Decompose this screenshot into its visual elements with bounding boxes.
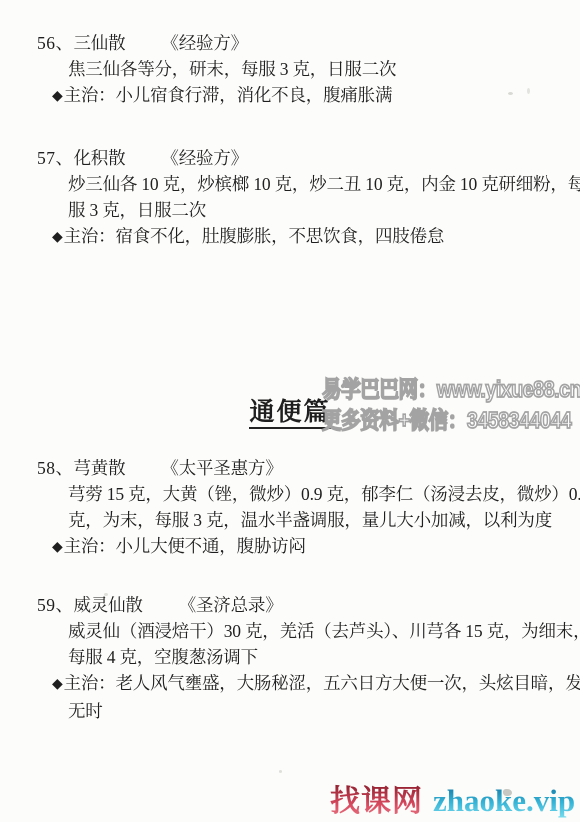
formula-indication-line: ◆主治：宿食不化，肚腹膨胀，不思饮食，四肢倦怠 <box>0 223 580 251</box>
formula-number: 59、 <box>37 595 74 615</box>
formula-indication-line: ◆主治：老人风气壅盛，大肠秘涩，五六日方大便一次，头炫目暗，发作 <box>0 670 580 698</box>
formula-number: 56、 <box>37 33 74 53</box>
formula-composition-line: 每服 4 克，空腹葱汤调下 <box>0 644 580 670</box>
scan-speck <box>527 88 530 94</box>
formula-source: 《圣济总录》 <box>179 595 283 615</box>
formula-name: 化积散 <box>74 148 126 168</box>
formula-source: 《经验方》 <box>161 33 248 53</box>
formula-title-line: 58、芎黄散《太平圣惠方》 <box>0 455 580 481</box>
formula-source: 《太平圣惠方》 <box>161 458 282 478</box>
formula-source: 《经验方》 <box>161 148 248 168</box>
page: 56、三仙散《经验方》 焦三仙各等分，研末，每服 3 克，日服二次 ◆主治：小儿… <box>0 0 580 822</box>
formula-number: 57、 <box>37 148 74 168</box>
formula-indication-continuation: 无时 <box>0 698 580 724</box>
formula-indication-text: 主治：老人风气壅盛，大肠秘涩，五六日方大便一次，头炫目暗，发作 <box>64 673 580 693</box>
section-title-text: 通便篇 <box>249 399 330 429</box>
formula-entry-57: 57、化积散《经验方》 炒三仙各 10 克，炒槟榔 10 克，炒二丑 10 克，… <box>0 145 580 251</box>
formula-entry-58: 58、芎黄散《太平圣惠方》 芎䓖 15 克，大黄（锉，微炒）0.9 克，郁李仁（… <box>0 455 580 561</box>
scan-speck <box>279 770 282 773</box>
formula-name: 三仙散 <box>74 33 126 53</box>
watermark-yixue-line2: 更多资料+微信：3458344044 <box>322 405 580 436</box>
watermark-yixue-line1: 易学巴巴网：www.yixue88.cn <box>322 374 580 405</box>
formula-name: 威灵仙散 <box>74 595 143 615</box>
formula-indication-text: 主治：宿食不化，肚腹膨胀，不思饮食，四肢倦怠 <box>64 226 445 246</box>
watermark-site-name: 找课网 <box>330 784 423 819</box>
scan-speck <box>508 92 513 95</box>
diamond-bullet-icon: ◆ <box>52 539 63 555</box>
diamond-bullet-icon: ◆ <box>52 88 63 104</box>
diamond-bullet-icon: ◆ <box>52 676 63 692</box>
formula-composition-line: 威灵仙（酒浸焙干）30 克，羌活（去芦头）、川芎各 15 克，为细末， <box>0 618 580 644</box>
formula-name: 芎黄散 <box>74 458 126 478</box>
formula-composition-line: 克，为末，每服 3 克，温水半盏调服，量儿大小加减，以利为度 <box>0 507 580 533</box>
scan-speck <box>503 789 512 796</box>
formula-indication-line: ◆主治：小儿宿食行滞，消化不良，腹痛胀满 <box>0 82 580 110</box>
formula-title-line: 56、三仙散《经验方》 <box>0 30 580 56</box>
formula-indication-text: 主治：小儿宿食行滞，消化不良，腹痛胀满 <box>64 85 393 105</box>
diamond-bullet-icon: ◆ <box>52 229 63 245</box>
scan-speck <box>104 593 108 596</box>
scanned-page: { "page": { "section_title": "通便篇", "ent… <box>0 0 580 822</box>
watermark-yixue: 易学巴巴网：www.yixue88.cn 更多资料+微信：3458344044 <box>322 374 580 436</box>
formula-composition-line: 炒三仙各 10 克，炒槟榔 10 克，炒二丑 10 克，内金 10 克研细粉，每 <box>0 171 580 197</box>
formula-title-line: 59、威灵仙散《圣济总录》 <box>0 592 580 618</box>
formula-title-line: 57、化积散《经验方》 <box>0 145 580 171</box>
formula-entry-59: 59、威灵仙散《圣济总录》 威灵仙（酒浸焙干）30 克，羌活（去芦头）、川芎各 … <box>0 592 580 724</box>
formula-number: 58、 <box>37 458 74 478</box>
watermark-zhaoke: 找课网zhaoke.vip <box>330 776 575 820</box>
formula-indication-text: 主治：小儿大便不通，腹胁访闷 <box>64 536 306 556</box>
formula-composition-line: 芎䓖 15 克，大黄（锉，微炒）0.9 克，郁李仁（汤浸去皮，微炒）0.9 <box>0 481 580 507</box>
formula-composition-line: 服 3 克，日服二次 <box>0 197 580 223</box>
formula-composition-line: 焦三仙各等分，研末，每服 3 克，日服二次 <box>0 56 580 82</box>
formula-entry-56: 56、三仙散《经验方》 焦三仙各等分，研末，每服 3 克，日服二次 ◆主治：小儿… <box>0 30 580 110</box>
formula-indication-line: ◆主治：小儿大便不通，腹胁访闷 <box>0 533 580 561</box>
